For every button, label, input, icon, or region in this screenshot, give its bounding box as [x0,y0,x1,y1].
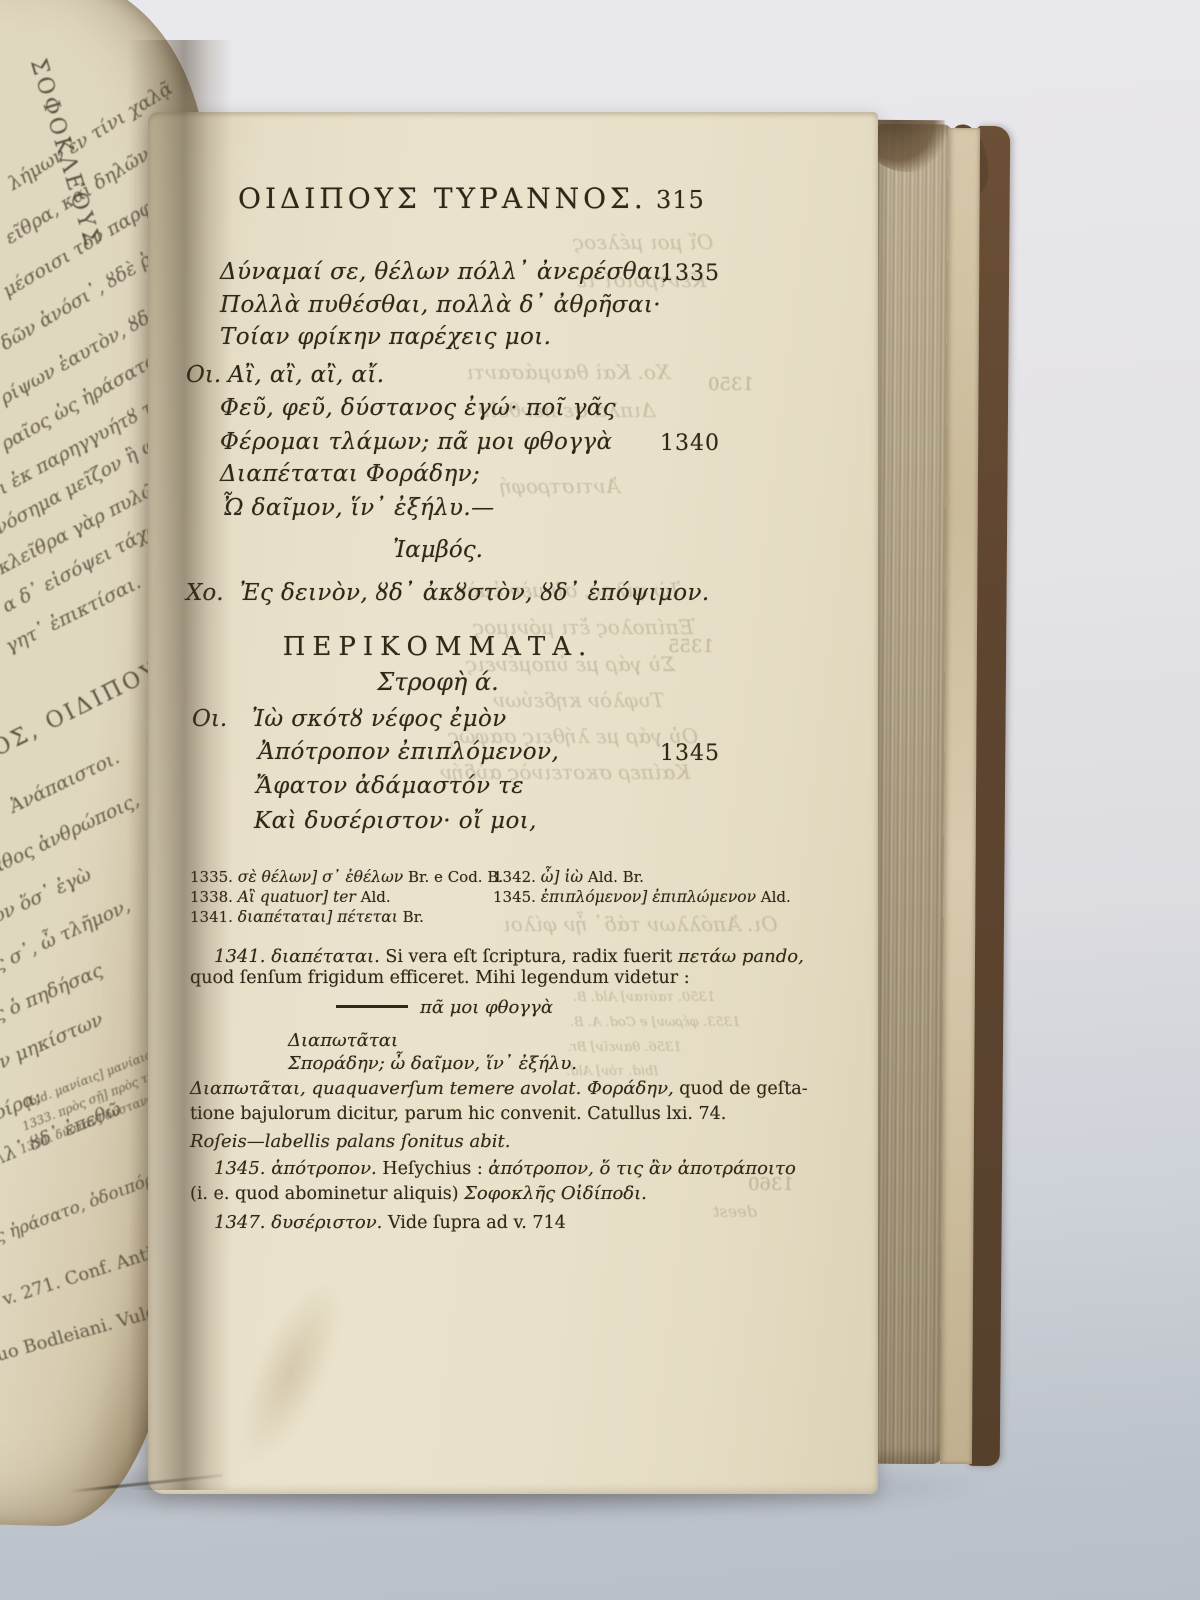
dash-rule [336,1005,408,1008]
commentary-greek: Σποράδην; ὦ δαῖμον, ἵν᾽ ἐξήλυ. [288,1053,577,1074]
commentary-greek: 1345. ἀπότροπον. [214,1158,377,1179]
verse-line: Ἐς δεινὸν, ȣδ᾽ ἀκȣστὸν, ȣδ᾽ ἐπόψιμον. [240,580,710,606]
verse-line: Αἲ, αἲ, αἲ, αἴ. [228,362,384,388]
section-heading-perikommata: ΠΕΡΙΚΟΜΜΑΤΑ. [188,632,688,662]
left-page-fragment: ῶν μηκίστων [0,1008,106,1079]
fore-edge-top-notch [870,120,944,173]
commentary-latin: quod ſenſum frigidum efficeret. Mihi leg… [190,968,690,988]
commentary-line: Roſeis—labellis palans ſonitus abit. [190,1131,510,1152]
main-page: Οἵ μοι μέλεος Κέντροισί τε Χο. Καὶ θαυμά… [148,112,878,1494]
commentary-greek: Σοφοκλῆς Οἰδίποδι. [464,1183,647,1204]
apparatus-greek: Αἲ quatuor] ter [238,888,356,906]
commentary-quote-line: Σποράδην; ὦ δαῖμον, ἵν᾽ ἐξήλυ. [288,1053,577,1074]
left-page-fragment: t duo Bodleiani. Vulgo [0,1298,170,1372]
commentary-quote-line: πᾶ μοι φθογγὰ [336,997,553,1018]
apparatus-greek: ὦ] ἰὼ [541,868,583,886]
commentary-italic: Διαπωτᾶται, quaquaverſum temere avolat. [190,1078,581,1099]
commentary-latin: tione bajulorum dicitur, parum hic conve… [190,1104,726,1124]
ghost-apparatus: 1350. ταύταν] Ald. Β. [573,990,715,1005]
apparatus-entry: 1345. ἐπιπλόμενον] ἐπιπλώμενον Ald. [493,888,791,906]
commentary-quote-line: Διαπωτᾶται [288,1030,398,1051]
verse-line-number: 1335 [660,261,720,286]
page-number: 315 [656,186,705,214]
ghost-word: deest [713,1202,757,1221]
apparatus-greek: διαπέταται] πέτεται [238,908,398,926]
book-photo-scene: ΣΟΦΟΚΛΕΟΥΣ λήμων ἐν τίνι χαλᾷ εῖθρα, καὶ… [0,0,1200,1600]
apparatus-entry: 1341. διαπέταται] πέτεται Br. [190,908,424,926]
apparatus-siglum: Br. [403,908,424,926]
strophe-heading: Στροφὴ ά. [188,668,688,696]
page-running-title: ΟΙΔΙΠΟΥΣ ΤΥΡΑΝΝΟΣ. [238,182,638,215]
ghost-line: Οἵ μοι μέλεος [573,230,713,254]
apparatus-siglum: Br. e Cod. B. [408,868,503,886]
apparatus-entry: 1335. σὲ θέλων] σ᾽ ἐθέλων Br. e Cod. B. [190,868,503,886]
commentary-line: tione bajulorum dicitur, parum hic conve… [190,1104,726,1124]
verse-line: Ὦ δαῖμον, ἵν᾽ ἐξήλυ.— [222,495,495,521]
commentary-greek: 1347. δυσέριστον. [214,1212,382,1233]
verse-line: Φεῦ, φεῦ, δύστανος ἐγώ· ποῖ γᾶς [220,395,616,421]
apparatus-siglum: Ald. Br. [588,868,644,886]
ghost-apparatus: 1353. φέρων] e Cod. A. B. [570,1015,740,1030]
ghost-line: Οι. Ἀπόλλων τάδ᾽ ἦν φίλοι [503,912,778,936]
speaker-label: Οι. [186,362,221,388]
verse-line: Διαπέταται Φοράδην; [220,461,480,487]
ghost-apparatus: 1356. θανεῖν] Br. [568,1040,682,1055]
ghost-line: Χο. Καὶ θαυμάσαντι [466,360,670,384]
commentary-line: 1347. δυσέριστον. Vide ſupra ad v. 714 [214,1212,566,1233]
commentary-greek: Διαπωτᾶται [288,1030,398,1051]
fore-edge-page-stack [867,124,952,1464]
apparatus-siglum: Ald. [361,888,391,906]
apparatus-lemma-number: 1342. [493,868,536,886]
apparatus-siglum: Ald. [761,888,791,906]
apparatus-lemma-number: 1341. [190,908,233,926]
verse-line: Ἰὼ σκότȣ νέφος ἐμὸν [252,706,507,732]
commentary-greek: πᾶ μοι φθογγὰ [420,997,553,1018]
apparatus-lemma-number: 1345. [493,888,536,906]
commentary-greek: 1341. διαπέταται. [214,946,380,967]
verse-line: Πολλὰ πυθέσθαι, πολλὰ δ᾽ ἀθρῆσαι· [220,292,661,318]
verse-line: Ἀπότροπον ἐπιπλόμενον, [258,739,559,765]
commentary-line: 1341. διαπέταται. Si vera eſt ſcriptura,… [214,946,804,967]
apparatus-entry: 1338. Αἲ quatuor] ter Ald. [190,888,391,906]
verse-line: Ἄφατον ἀδάμαστόν τε [256,773,524,799]
commentary-latin: quod de geſta- [674,1079,808,1099]
apparatus-lemma-number: 1335. [190,868,233,886]
ghost-line: Ἀντιστροφή [500,474,620,498]
ghost-line-number: 1350 [708,374,754,395]
speaker-label: Χο. [186,580,224,606]
apparatus-entry: 1342. ὦ] ἰὼ Ald. Br. [493,868,644,886]
verse-line-number: 1340 [660,431,720,456]
commentary-latin: Si vera eſt ſcriptura, radix fuerit [380,947,678,967]
apparatus-greek: σὲ θέλων] σ᾽ ἐθέλων [238,868,403,886]
speaker-label: Οι. [192,706,227,732]
commentary-greek: Φοράδην, [581,1078,673,1099]
commentary-latin: (i. e. quod abominetur aliquis) [190,1184,464,1204]
commentary-line: quod ſenſum frigidum efficeret. Mihi leg… [190,968,690,988]
verse-line: Καὶ δυσέριστον· οἴ μοι, [254,808,537,834]
section-heading-iambos: Ἰαμβός. [288,537,588,563]
commentary-italic: Roſeis—labellis palans ſonitus abit. [190,1131,510,1152]
verse-line: Φέρομαι τλάμων; πᾶ μοι φθογγὰ [220,429,612,455]
commentary-latin: Vide ſupra ad v. 714 [382,1213,565,1233]
page-stain [192,1229,389,1514]
verse-line: Τοίαν φρίκην παρέχεις μοι. [220,324,551,350]
commentary-greek: ἀπότροπον, ὅ τις ἂν ἀποτράποιτο [488,1158,796,1179]
apparatus-lemma-number: 1338. [190,888,233,906]
verse-line-number: 1345 [660,741,720,766]
apparatus-greek: ἐπιπλόμενον] ἐπιπλώμενον [541,888,756,906]
verse-line: Δύναμαί σε, θέλων πόλλ᾽ ἀνερέσθαι, [220,259,670,285]
commentary-italic: πετάω pando, [678,946,804,967]
commentary-line: (i. e. quod abominetur aliquis) Σοφοκλῆς… [190,1183,647,1204]
ghost-apparatus: Ibid. τὸν] Ald. [566,1064,658,1079]
commentary-line: Διαπωτᾶται, quaquaverſum temere avolat. … [190,1078,808,1099]
commentary-latin: Heſychius : [377,1159,489,1179]
commentary-line: 1345. ἀπότροπον. Heſychius : ἀπότροπον, … [214,1158,796,1179]
